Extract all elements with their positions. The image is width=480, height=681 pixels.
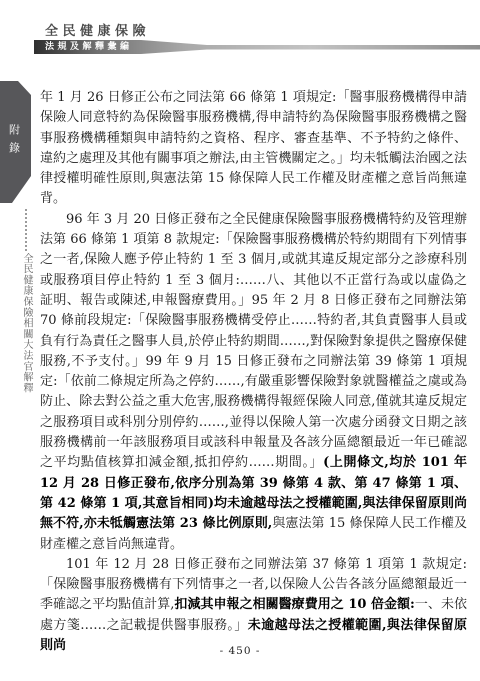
sidebar-tab-label: 附錄 (6, 124, 22, 160)
sidebar-tab-appendix: 附錄 (0, 81, 31, 203)
header-gradient-band: 法規及解釋彙編 (34, 40, 480, 54)
paragraph: 101 年 12 月 28 日修正發布之同辦法第 37 條第 1 項第 1 款規… (40, 555, 467, 656)
sidebar-section-caption: 全民健康保險相關大法官解釋 (19, 253, 34, 398)
dotted-separator (25, 209, 27, 251)
emphasized-text-run: 扣減其申報之相關醫療費用之 10 倍金額: (174, 597, 414, 612)
text-run: 年 1 月 26 日修正公布之同法第 66 條第 1 項規定:「醫事服務機構得申… (40, 90, 467, 206)
book-title: 全民健康保險 (45, 20, 150, 39)
text-run: 96 年 3 月 20 日修正發布之全民健康保險醫事服務機構特約及管理辦法第 6… (40, 212, 467, 471)
band-label: 法規及解釋彙編 (45, 40, 133, 54)
document-page: 全民健康保險 法規及解釋彙編 附錄 全民健康保險相關大法官解釋 年 1 月 26… (0, 0, 480, 681)
paragraph: 96 年 3 月 20 日修正發布之全民健康保險醫事服務機構特約及管理辦法第 6… (40, 210, 467, 555)
page-number: - 450 - (0, 645, 480, 657)
paragraph: 年 1 月 26 日修正公布之同法第 66 條第 1 項規定:「醫事服務機構得申… (40, 88, 467, 210)
body-text: 年 1 月 26 日修正公布之同法第 66 條第 1 項規定:「醫事服務機構得申… (40, 88, 467, 656)
